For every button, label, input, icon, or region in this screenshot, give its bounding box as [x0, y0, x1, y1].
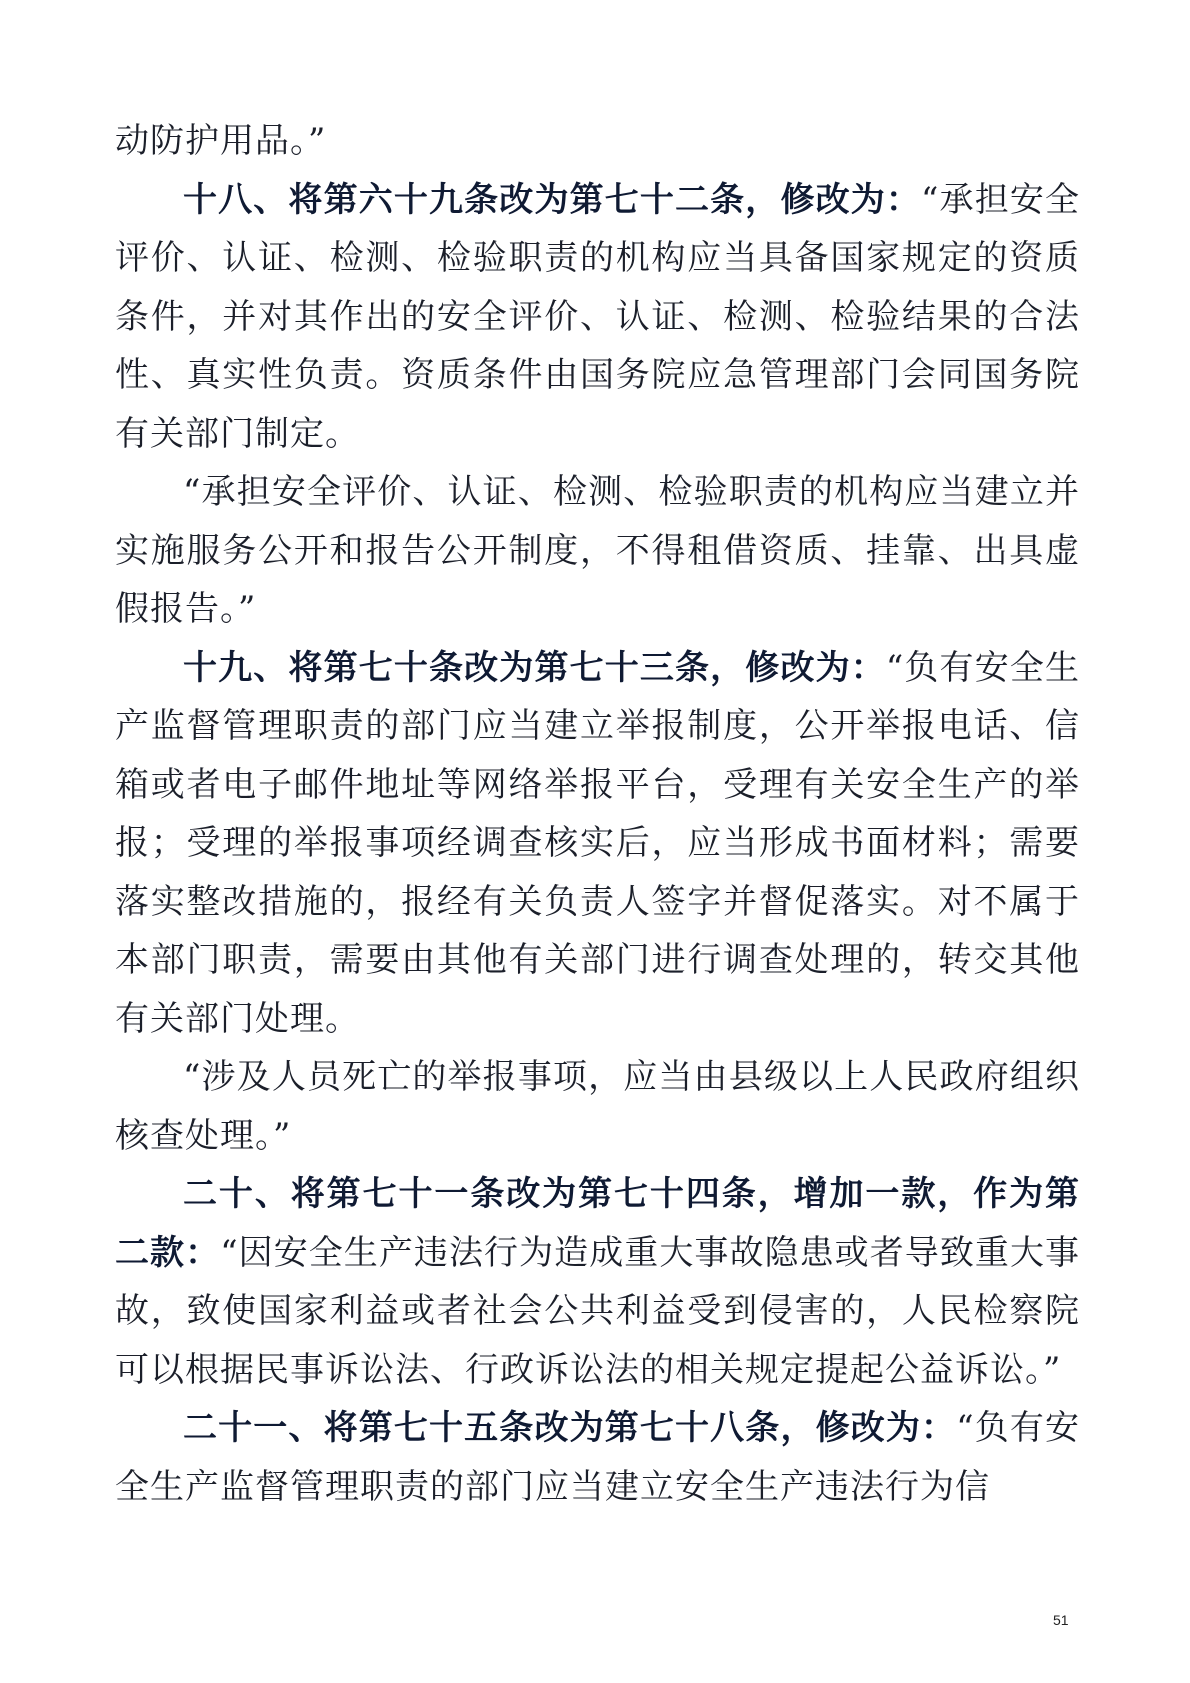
page-number: 51	[1053, 1612, 1069, 1628]
paragraph-text: “负有安全生产监督管理职责的部门应当建立举报制度，公开举报电话、信箱或者电子邮件…	[115, 648, 1080, 1039]
paragraph-text: “承担安全评价、认证、检测、检验职责的机构应当建立并实施服务公开和报告公开制度，…	[115, 472, 1080, 629]
paragraph: 十八、将第六十九条改为第七十二条，修改为：“承担安全评价、认证、检测、检验职责的…	[115, 171, 1080, 464]
paragraph-text: “因安全生产违法行为造成重大事故隐患或者导致重大事故，致使国家利益或者社会公共利…	[115, 1233, 1080, 1390]
paragraph-text: “涉及人员死亡的举报事项，应当由县级以上人民政府组织核查处理。”	[115, 1057, 1080, 1156]
paragraph-text: 动防护用品。”	[115, 121, 326, 161]
paragraph: 动防护用品。”	[115, 112, 1080, 171]
amendment-heading: 十九、将第七十条改为第七十三条，修改为：	[183, 648, 886, 688]
paragraph: “承担安全评价、认证、检测、检验职责的机构应当建立并实施服务公开和报告公开制度，…	[115, 463, 1080, 639]
paragraph: 十九、将第七十条改为第七十三条，修改为：“负有安全生产监督管理职责的部门应当建立…	[115, 639, 1080, 1049]
document-body: 动防护用品。” 十八、将第六十九条改为第七十二条，修改为：“承担安全评价、认证、…	[115, 112, 1080, 1516]
amendment-heading: 二十一、将第七十五条改为第七十八条，修改为：	[183, 1408, 956, 1448]
paragraph: 二十一、将第七十五条改为第七十八条，修改为：“负有安全生产监督管理职责的部门应当…	[115, 1399, 1080, 1516]
paragraph-text: “承担安全评价、认证、检测、检验职责的机构应当具备国家规定的资质条件，并对其作出…	[115, 180, 1080, 454]
amendment-heading: 十八、将第六十九条改为第七十二条，修改为：	[183, 180, 921, 220]
document-page: 动防护用品。” 十八、将第六十九条改为第七十二条，修改为：“承担安全评价、认证、…	[0, 0, 1190, 1683]
paragraph: 二十、将第七十一条改为第七十四条，增加一款，作为第二款：“因安全生产违法行为造成…	[115, 1165, 1080, 1399]
paragraph: “涉及人员死亡的举报事项，应当由县级以上人民政府组织核查处理。”	[115, 1048, 1080, 1165]
